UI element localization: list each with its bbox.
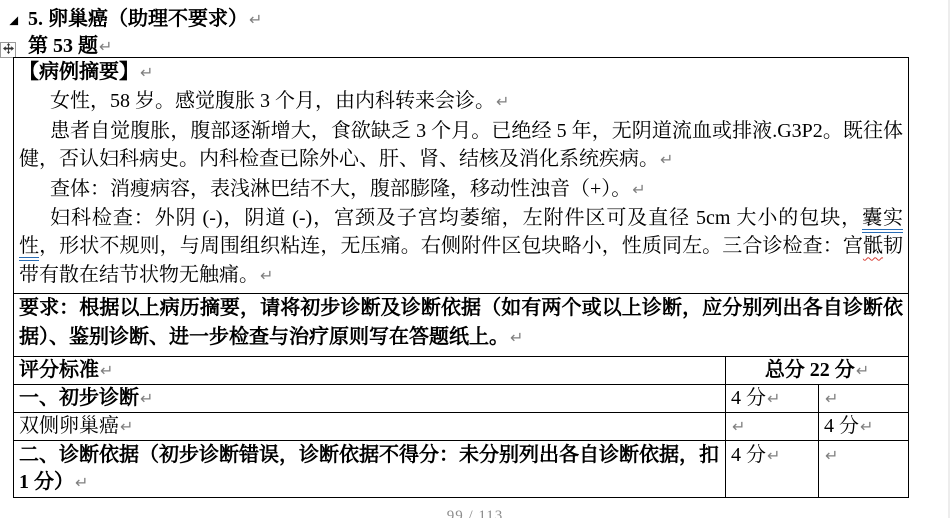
paragraph-mark: ↵ [767,446,780,465]
score-a-cell[interactable]: ↵ [726,413,819,441]
paragraph-mark: ↵ [260,266,273,285]
score-item-label: 一、初步诊断 [19,387,139,409]
paragraph-mark: ↵ [496,92,509,111]
section-heading: 5. 卵巢癌（助理不要求）↵ [28,2,262,31]
table-row: 一、初步诊断↵ 4 分↵ ↵ [14,385,909,413]
score-a-value: 4 分 [731,387,766,409]
paragraph: 查体：消瘦病容，表浅淋巴结不大，腹部膨隆，移动性浊音（+）。↵ [19,175,903,204]
paragraph: 【病例摘要】↵ [19,58,903,87]
question-number-text: 第 53 题 [28,35,98,57]
table-move-handle[interactable] [0,42,16,58]
score-item-label-cell[interactable]: 双侧卵巢癌↵ [14,413,726,441]
paragraph: 患者自觉腹胀，腹部逐渐增大，食欲缺乏 3 个月。已绝经 5 年，无阴道流血或排液… [19,117,903,175]
page-indicator: 99 / 113 [0,509,950,518]
paragraph-mark: ↵ [100,361,113,380]
paragraph: 女性，58 岁。感觉腹胀 3 个月，由内科转来会诊。↵ [19,87,903,116]
case-summary-cell[interactable]: 【病例摘要】↵女性，58 岁。感觉腹胀 3 个月，由内科转来会诊。↵患者自觉腹胀… [14,58,909,294]
table-row: 双侧卵巢癌↵ ↵ 4 分↵ [14,413,909,441]
section-heading-text: 5. 卵巢癌（助理不要求） [28,8,248,30]
paragraph-mark: ↵ [856,361,869,380]
paragraph-mark: ↵ [120,417,133,436]
paragraph-mark: ↵ [632,180,645,199]
table-row: 二、诊断依据（初步诊断错误，诊断依据不得分：未分别列出各自诊断依据，扣 1 分）… [14,441,909,498]
paragraph-text: 妇科检查：外阴 (-)，阴道 (-)，宫颈及子宫均萎缩，左附件区可及直径 5cm… [50,207,862,229]
paragraph-mark: ↵ [660,150,673,169]
paragraph-mark: ↵ [860,417,873,436]
word-document-page: 5. 卵巢癌（助理不要求）↵ 第 53 题↵ 【病例摘要】↵女性，58 岁。感觉… [0,0,950,518]
total-score-text: 总分 22 分 [765,359,855,381]
score-b-cell[interactable]: ↵ [819,441,909,498]
score-a-value: 4 分 [731,444,766,466]
paragraph-mark: ↵ [140,63,153,82]
paragraph-mark: ↵ [767,389,780,408]
paragraph-mark: ↵ [825,446,838,465]
exam-case-table: 【病例摘要】↵女性，58 岁。感觉腹胀 3 个月，由内科转来会诊。↵患者自觉腹胀… [13,57,909,498]
case-summary-row: 【病例摘要】↵女性，58 岁。感觉腹胀 3 个月，由内科转来会诊。↵患者自觉腹胀… [14,58,909,294]
score-item-label-cell[interactable]: 一、初步诊断↵ [14,385,726,413]
paragraph-mark: ↵ [825,389,838,408]
four-way-arrows-icon [3,41,14,59]
question-number: 第 53 题↵ [28,29,112,58]
paragraph-text: 患者自觉腹胀，腹部逐渐增大，食欲缺乏 3 个月。已绝经 5 年，无阴道流血或排液… [19,120,903,170]
requirement-row: 要求：根据以上病历摘要，请将初步诊断及诊断依据（如有两个或以上诊断，应分别列出各… [14,294,909,357]
paragraph-mark: ↵ [732,417,745,436]
score-b-cell[interactable]: ↵ [819,385,909,413]
paragraph-text: 女性，58 岁。感觉腹胀 3 个月，由内科转来会诊。 [50,90,495,112]
heading-collapse-icon[interactable] [8,13,19,24]
paragraph-mark: ↵ [75,473,88,492]
scoring-header-row: 评分标准↵ 总分 22 分↵ [14,357,909,385]
paragraph-text: 查体：消瘦病容，表浅淋巴结不大，腹部膨隆，移动性浊音（+）。 [50,178,631,200]
paragraph-mark: ↵ [249,10,262,29]
case-summary-paragraphs: 【病例摘要】↵女性，58 岁。感觉腹胀 3 个月，由内科转来会诊。↵患者自觉腹胀… [19,58,903,290]
criteria-header-cell[interactable]: 评分标准↵ [14,357,726,385]
score-a-cell[interactable]: 4 分↵ [726,441,819,498]
paragraph: 妇科检查：外阴 (-)，阴道 (-)，宫颈及子宫均萎缩，左附件区可及直径 5cm… [19,204,903,290]
requirement-text: 要求：根据以上病历摘要，请将初步诊断及诊断依据（如有两个或以上诊断，应分别列出各… [19,297,903,348]
paragraph-mark: ↵ [140,389,153,408]
paragraph-text: 【病例摘要】 [19,61,139,83]
score-item-label-cell[interactable]: 二、诊断依据（初步诊断错误，诊断依据不得分：未分别列出各自诊断依据，扣 1 分）… [14,441,726,498]
score-b-value: 4 分 [824,415,859,437]
criteria-header-text: 评分标准 [19,359,99,381]
score-item-label: 二、诊断依据（初步诊断错误，诊断依据不得分：未分别列出各自诊断依据，扣 1 分） [19,444,719,493]
paragraph-text: ，形状不规则，与周围组织粘连，无压痛。右侧附件区包块略小，性质同左。三合诊检查：… [39,235,863,257]
paragraph-mark: ↵ [99,37,112,56]
total-score-cell[interactable]: 总分 22 分↵ [726,357,909,385]
score-a-cell[interactable]: 4 分↵ [726,385,819,413]
spellcheck-underlined-text: 骶 [863,235,883,257]
score-item-label: 双侧卵巢癌 [19,415,119,437]
paragraph-mark: ↵ [510,328,523,347]
score-b-cell[interactable]: 4 分↵ [819,413,909,441]
requirement-cell[interactable]: 要求：根据以上病历摘要，请将初步诊断及诊断依据（如有两个或以上诊断，应分别列出各… [14,294,909,357]
